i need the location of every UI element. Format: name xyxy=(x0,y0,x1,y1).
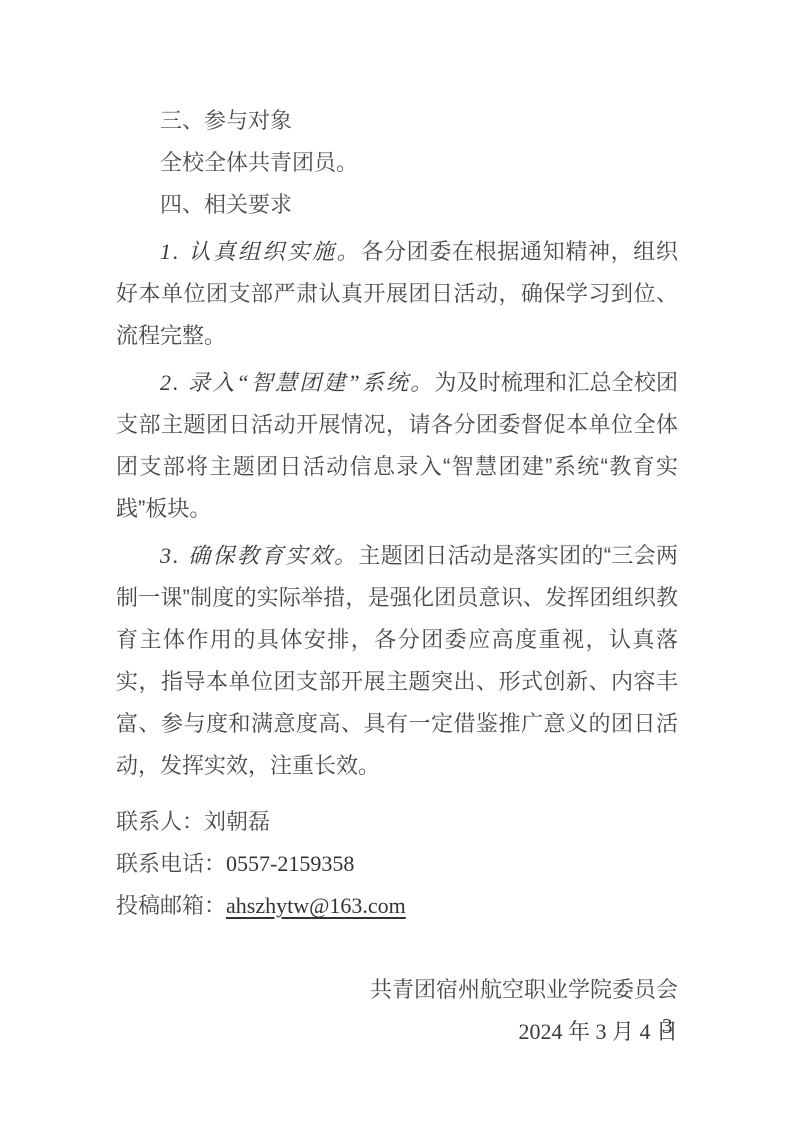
requirement-item-1: 1. 认真组织实施。各分团委在根据通知精神，组织好本单位团支部严肃认真开展团日活… xyxy=(116,231,678,357)
contact-email-line: 投稿邮箱：ahszhytw@163.com xyxy=(116,885,678,927)
requirement-item-1-lead: 1. 认真组织实施。 xyxy=(160,239,361,264)
document-content: 三、参与对象 全校全体共青团员。 四、相关要求 1. 认真组织实施。各分团委在根… xyxy=(116,100,678,1053)
contact-email-link[interactable]: ahszhytw@163.com xyxy=(226,893,406,918)
document-page: 三、参与对象 全校全体共青团员。 四、相关要求 1. 认真组织实施。各分团委在根… xyxy=(0,0,794,1122)
contact-email-label: 投稿邮箱： xyxy=(116,893,226,918)
contact-phone-label: 联系电话： xyxy=(116,851,226,876)
contact-person-label: 联系人： xyxy=(116,809,204,834)
contact-phone-line: 联系电话：0557-2159358 xyxy=(116,843,678,885)
contact-phone-value: 0557-2159358 xyxy=(226,851,354,876)
signature-date: 2024 年 3 月 4 日 xyxy=(116,1011,678,1053)
contact-person-line: 联系人：刘朝磊 xyxy=(116,801,678,843)
requirement-item-2: 2. 录入“智慧团建”系统。为及时梳理和汇总全校团支部主题团日活动开展情况，请各… xyxy=(116,362,678,530)
contact-person-value: 刘朝磊 xyxy=(204,809,270,834)
signature-organization: 共青团宿州航空职业学院委员会 xyxy=(116,969,678,1011)
section-heading-requirements: 四、相关要求 xyxy=(116,184,678,226)
page-number: 3 xyxy=(662,1014,673,1039)
signature-block: 共青团宿州航空职业学院委员会 2024 年 3 月 4 日 xyxy=(116,969,678,1053)
requirement-item-3-body: 主题团日活动是落实团的“三会两制一课”制度的实际举措，是强化团员意识、发挥团组织… xyxy=(116,543,678,778)
requirement-item-3-lead: 3. 确保教育实效。 xyxy=(160,543,358,568)
requirement-item-3: 3. 确保教育实效。主题团日活动是落实团的“三会两制一课”制度的实际举措，是强化… xyxy=(116,535,678,787)
contact-block: 联系人：刘朝磊 联系电话：0557-2159358 投稿邮箱：ahszhytw@… xyxy=(116,801,678,927)
section-body-participants: 全校全体共青团员。 xyxy=(116,142,678,184)
section-heading-participants: 三、参与对象 xyxy=(116,100,678,142)
requirement-item-2-lead: 2. 录入“智慧团建”系统。 xyxy=(160,370,434,395)
